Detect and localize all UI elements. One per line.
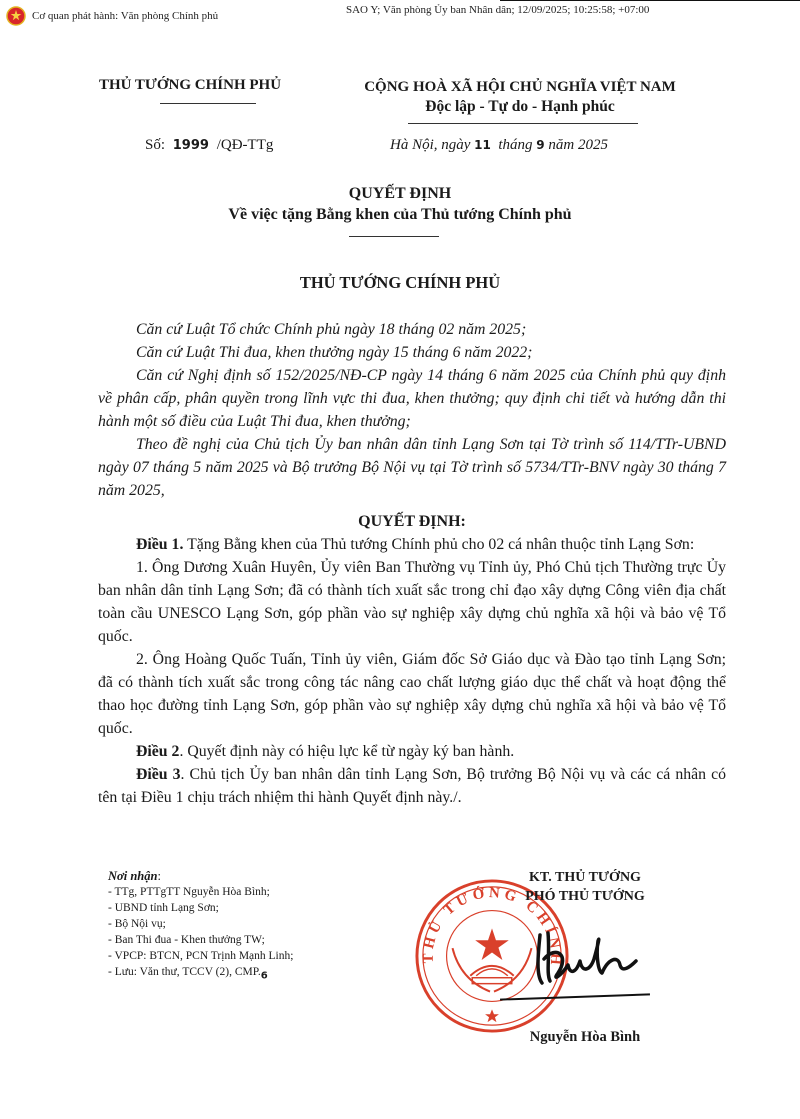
article-2: Điều 2. Quyết định này có hiệu lực kể từ… [98,740,726,763]
article-1-item-2: 2. Ông Hoàng Quốc Tuấn, Tỉnh ủy viên, Gi… [98,648,726,740]
day-handwritten: 11 [474,138,491,152]
recipient-item: - UBND tỉnh Lạng Sơn; [108,900,293,916]
signatory-name: Nguyễn Hòa Bình [500,1029,670,1046]
motto: Độc lập - Tự do - Hạnh phúc [320,97,720,117]
issuer-bar: Cơ quan phát hành: Văn phòng Chính phủ [6,6,218,26]
title-underline [349,236,439,237]
recipient-item: - Lưu: Văn thư, TCCV (2), CMP.6 [108,964,293,984]
article-2-label: Điều 2 [136,743,179,760]
document-type: QUYẾT ĐỊNH [0,183,800,204]
place-date: Hà Nội, ngày 11 tháng 9 năm 2025 [390,137,608,154]
article-3-label: Điều 3 [136,766,181,783]
recipient-item: - TTg, PTTgTT Nguyễn Hòa Bình; [108,884,293,900]
document-subject: Về việc tặng Bằng khen của Thủ tướng Chí… [0,204,800,225]
article-3-text: . Chủ tịch Ủy ban nhân dân tỉnh Lạng Sơn… [98,766,726,806]
recipient-item: - Ban Thi đua - Khen thưởng TW; [108,932,293,948]
country-name: CỘNG HOÀ XÃ HỘI CHỦ NGHĨA VIỆT NAM [320,77,720,97]
article-3: Điều 3. Chủ tịch Ủy ban nhân dân tỉnh Lạ… [98,763,726,809]
document-number: Số: 1999 /QĐ-TTg [145,137,273,154]
article-1: Điều 1. Tặng Bằng khen của Thủ tướng Chí… [98,533,726,556]
recipients-heading: Nơi nhận: [108,868,293,884]
article-2-text: . Quyết định này có hiệu lực kể từ ngày … [179,743,514,760]
recipients-list: Nơi nhận: - TTg, PTTgTT Nguyễn Hòa Bình;… [108,868,293,984]
agency-name: THỦ TƯỚNG CHÍNH PHỦ [95,77,285,94]
article-1-label: Điều 1. [136,536,183,553]
signatory-line-2: PHÓ THỦ TƯỚNG [500,887,670,906]
issuer-label: Cơ quan phát hành: Văn phòng Chính phủ [32,10,218,22]
article-1-text: Tặng Bằng khen của Thủ tướng Chính phủ c… [183,536,694,553]
national-heading: CỘNG HOÀ XÃ HỘI CHỦ NGHĨA VIỆT NAM Độc l… [320,77,720,117]
signatory-title: KT. THỦ TƯỚNG PHÓ THỦ TƯỚNG [500,868,670,906]
recipient-item: - Bộ Nội vụ; [108,916,293,932]
document-body: Căn cứ Luật Tổ chức Chính phủ ngày 18 th… [98,318,726,809]
issuing-authority: THỦ TƯỚNG CHÍNH PHỦ [0,273,800,293]
copies-handwritten: 6 [261,970,268,981]
motto-underline [408,123,638,124]
preamble-4: Theo đề nghị của Chủ tịch Ủy ban nhân dâ… [98,433,726,502]
copy-stamp-text: SAO Y; Văn phòng Ủy ban Nhân dân; 12/09/… [346,4,649,16]
signatory-line-1: KT. THỦ TƯỚNG [500,868,670,887]
doc-no-suffix: /QĐ-TTg [217,137,274,153]
agency-underline [160,103,256,104]
doc-no-handwritten: 1999 [173,138,209,153]
year-text: năm 2025 [548,137,608,153]
article-1-item-1: 1. Ông Dương Xuân Huyên, Ủy viên Ban Thư… [98,556,726,648]
decision-heading: QUYẾT ĐỊNH: [98,510,726,533]
preamble-1: Căn cứ Luật Tổ chức Chính phủ ngày 18 th… [98,318,726,341]
preamble-3: Căn cứ Nghị định số 152/2025/NĐ-CP ngày … [98,364,726,433]
doc-no-prefix: Số: [145,137,165,153]
place-prefix: Hà Nội, ngày [390,137,470,153]
month-label: tháng [498,137,532,153]
top-border-line [500,0,800,1]
recipient-item: - VPCP: BTCN, PCN Trịnh Mạnh Linh; [108,948,293,964]
handwritten-signature-icon [500,915,660,995]
month-handwritten: 9 [536,138,544,152]
preamble-2: Căn cứ Luật Thi đua, khen thưởng ngày 15… [98,341,726,364]
national-emblem-icon [6,6,26,26]
document-title: QUYẾT ĐỊNH Về việc tặng Bằng khen của Th… [0,183,800,225]
